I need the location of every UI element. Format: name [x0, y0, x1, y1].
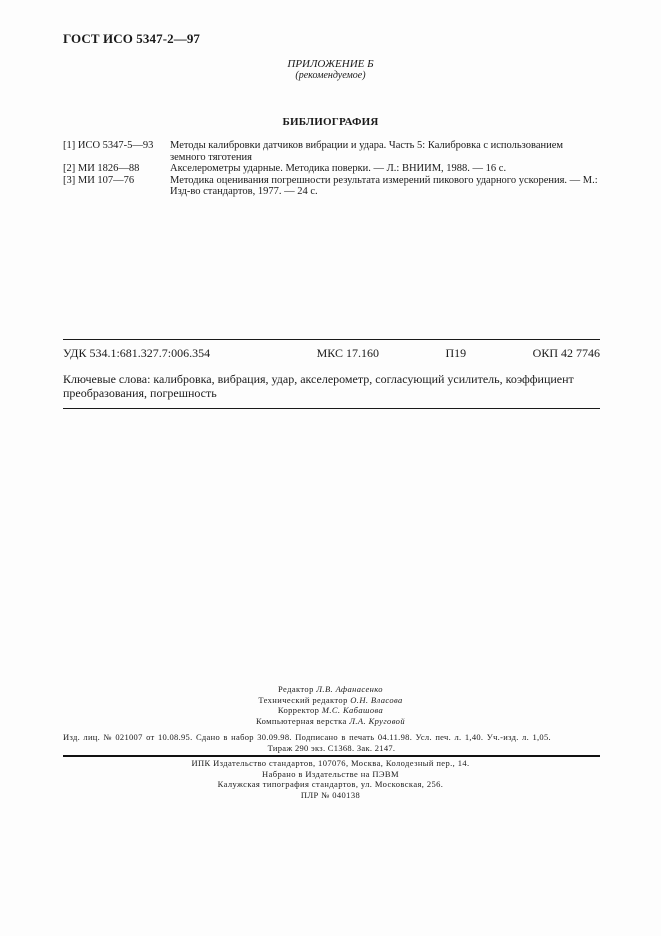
- bibliography-entry: [3] МИ 107—76 Методика оценивания погреш…: [63, 175, 601, 198]
- imprint-line: ИПК Издательство стандартов, 107076, Мос…: [0, 758, 661, 769]
- bibliography-ref: [1] ИСО 5347-5—93: [63, 140, 170, 163]
- credit-name: М.С. Кабашова: [322, 705, 383, 715]
- credit-role: Технический редактор: [258, 695, 347, 705]
- divider-top: [63, 339, 600, 340]
- bibliography-title: БИБЛИОГРАФИЯ: [30, 116, 631, 128]
- credit-name: Л.А. Круговой: [349, 716, 405, 726]
- bibliography-entry: [2] МИ 1826—88 Акселерометры ударные. Ме…: [63, 163, 601, 175]
- imprint-line: ПЛР № 040138: [0, 790, 661, 801]
- divider-bottom: [63, 408, 600, 409]
- credit-name: Л.В. Афанасенко: [316, 684, 383, 694]
- bibliography-text: Акселерометры ударные. Методика поверки.…: [170, 163, 601, 175]
- bibliography-list: [1] ИСО 5347-5—93 Методы калибровки датч…: [63, 140, 601, 198]
- credit-role: Компьютерная верстка: [256, 716, 347, 726]
- credit-role: Корректор: [278, 705, 320, 715]
- publication-line-1: Изд. лиц. № 021007 от 10.08.95. Сдано в …: [63, 732, 600, 743]
- classification-row: УДК 534.1:681.327.7:006.354 МКС 17.160 П…: [63, 346, 600, 361]
- credit-line: Технический редактор О.Н. Власова: [0, 695, 661, 706]
- publication-line-2: Тираж 290 экз. С1368. Зак. 2147.: [63, 743, 600, 754]
- bibliography-text: Методика оценивания погрешности результа…: [170, 175, 601, 198]
- standard-code: ГОСТ ИСО 5347-2—97: [63, 31, 200, 47]
- imprint-divider: [63, 755, 600, 757]
- publication-info: Изд. лиц. № 021007 от 10.08.95. Сдано в …: [63, 732, 600, 754]
- annex-title: ПРИЛОЖЕНИЕ Б: [30, 58, 631, 70]
- udk-code: УДК 534.1:681.327.7:006.354: [63, 346, 210, 361]
- imprint-block: ИПК Издательство стандартов, 107076, Мос…: [0, 758, 661, 800]
- imprint-line: Калужская типография стандартов, ул. Мос…: [0, 779, 661, 790]
- bibliography-ref: [3] МИ 107—76: [63, 175, 170, 198]
- group-code: П19: [446, 346, 467, 361]
- bibliography-entry: [1] ИСО 5347-5—93 Методы калибровки датч…: [63, 140, 601, 163]
- credit-line: Редактор Л.В. Афанасенко: [0, 684, 661, 695]
- mks-code: МКС 17.160: [317, 346, 379, 361]
- credit-name: О.Н. Власова: [350, 695, 402, 705]
- credit-line: Компьютерная верстка Л.А. Круговой: [0, 716, 661, 727]
- bibliography-text: Методы калибровки датчиков вибрации и уд…: [170, 140, 601, 163]
- bibliography-ref: [2] МИ 1826—88: [63, 163, 170, 175]
- credits-block: Редактор Л.В. Афанасенко Технический ред…: [0, 684, 661, 726]
- imprint-line: Набрано в Издательстве на ПЭВМ: [0, 769, 661, 780]
- okp-code: ОКП 42 7746: [533, 346, 600, 361]
- credit-role: Редактор: [278, 684, 314, 694]
- keywords: Ключевые слова: калибровка, вибрация, уд…: [63, 372, 601, 400]
- annex-status: (рекомендуемое): [30, 70, 631, 81]
- credit-line: Корректор М.С. Кабашова: [0, 705, 661, 716]
